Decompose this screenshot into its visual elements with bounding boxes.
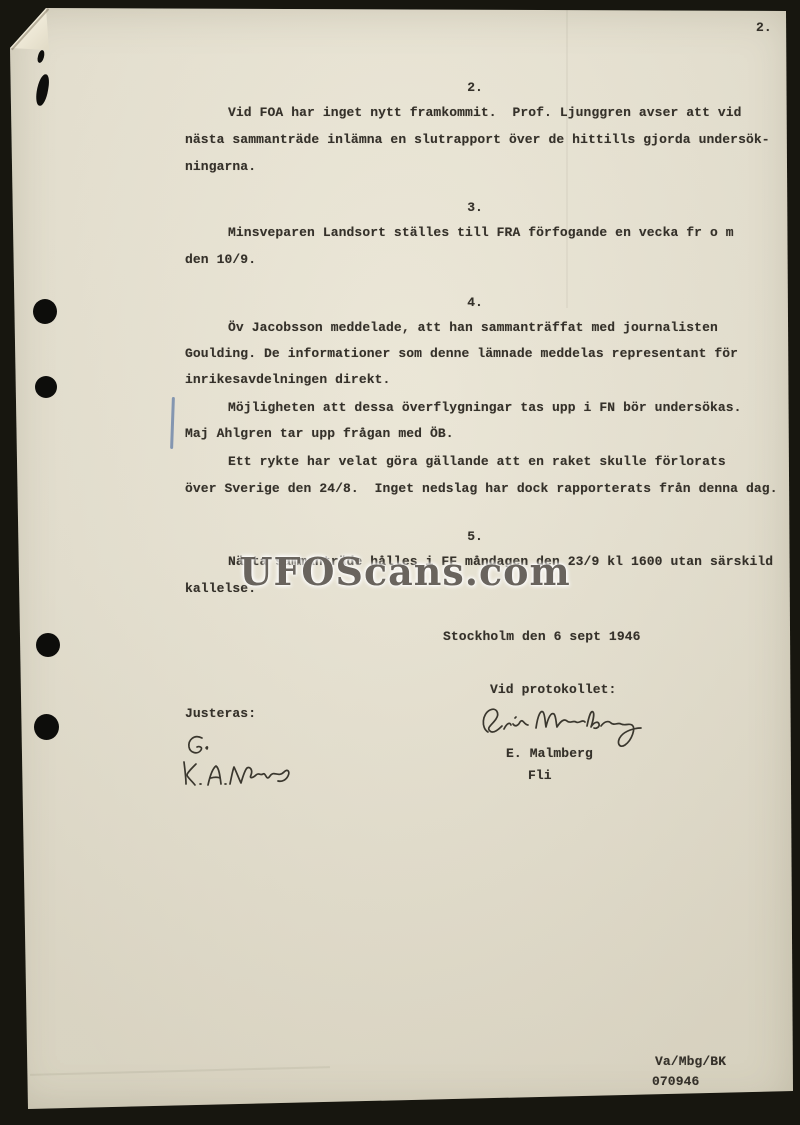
protocol-title: Fli	[528, 768, 552, 783]
signature-justeras-name	[178, 754, 293, 794]
punch-hole	[36, 633, 60, 657]
protocol-name-typed: E. Malmberg	[506, 746, 593, 761]
body-line: Minsveparen Landsort ställes till FRA fö…	[228, 225, 734, 240]
protocol-label: Vid protokollet:	[490, 682, 616, 697]
section-heading-3: 3.	[190, 200, 760, 215]
dateline: Stockholm den 6 sept 1946	[443, 629, 641, 644]
body-line: ningarna.	[185, 159, 256, 174]
punch-hole	[35, 376, 57, 398]
section-heading-2: 2.	[190, 80, 760, 95]
body-line: Maj Ahlgren tar upp frågan med ÖB.	[185, 426, 454, 441]
body-line: Möjligheten att dessa överflygningar tas…	[228, 400, 742, 415]
body-line: över Sverige den 24/8. Inget nedslag har…	[185, 481, 778, 496]
page-number: 2.	[756, 20, 772, 35]
stamp-initials: Va/Mbg/BK	[655, 1054, 726, 1069]
body-line: den 10/9.	[185, 252, 256, 267]
paper-crease	[566, 8, 568, 308]
paper-crease	[30, 1066, 330, 1076]
ufoscans-watermark: UFOScans.com	[239, 549, 570, 594]
punch-hole	[33, 299, 57, 324]
signature-justeras-initials	[186, 734, 212, 756]
scanned-document-photo: 2. 2. Vid FOA har inget nytt framkommit.…	[0, 0, 800, 1125]
justeras-label: Justeras:	[185, 706, 256, 721]
punch-hole	[34, 714, 59, 740]
body-line: nästa sammanträde inlämna en slutrapport…	[185, 132, 770, 147]
stamp-date-code: 070946	[652, 1074, 699, 1089]
body-line: Öv Jacobsson meddelade, att han sammantr…	[228, 320, 718, 335]
body-line: Goulding. De informationer som denne läm…	[185, 346, 738, 361]
body-line: Ett rykte har velat göra gällande att en…	[228, 454, 726, 469]
section-heading-4: 4.	[190, 295, 760, 310]
section-heading-5: 5.	[190, 529, 760, 544]
body-line: Vid FOA har inget nytt framkommit. Prof.…	[228, 105, 742, 120]
body-line: inrikesavdelningen direkt.	[185, 372, 390, 387]
